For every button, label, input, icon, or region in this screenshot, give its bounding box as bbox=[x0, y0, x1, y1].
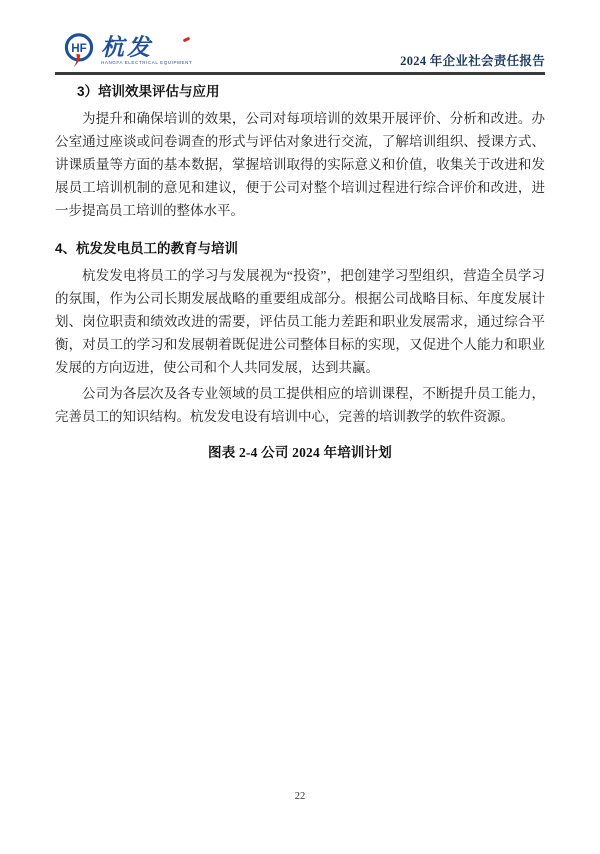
page-number: 22 bbox=[295, 791, 306, 802]
section-heading-employee-education: 4、杭发发电员工的教育与培训 bbox=[55, 239, 545, 259]
paragraph-training-evaluation: 为提升和确保培训的效果，公司对每项培训的效果开展评价、分析和改进。办公室通过座谈… bbox=[55, 107, 545, 222]
report-header-title: 2024 年企业社会责任报告 bbox=[400, 51, 545, 72]
company-logo: HF 杭发 HANGFA ELECTRICAL EQUIPMENT bbox=[61, 32, 192, 70]
logo-red-accent bbox=[183, 37, 191, 43]
page-footer: 22 bbox=[0, 791, 600, 802]
section-heading-training-evaluation: 3）培训效果评估与应用 bbox=[55, 82, 545, 102]
paragraph-training-courses: 公司为各层次及各专业领域的员工提供相应的培训课程，不断提升员工能力，完善员工的知… bbox=[55, 382, 545, 428]
paragraph-employee-development: 杭发发电将员工的学习与发展视为“投资”，把创建学习型组织，营造全员学习的氛围，作… bbox=[55, 264, 545, 379]
header-divider bbox=[55, 72, 545, 75]
logo-text-block: 杭发 HANGFA ELECTRICAL EQUIPMENT bbox=[101, 36, 192, 66]
page-header: HF 杭发 HANGFA ELECTRICAL EQUIPMENT 2024 年… bbox=[55, 30, 545, 72]
svg-text:HF: HF bbox=[71, 42, 87, 55]
logo-brand-text: 杭发 bbox=[101, 36, 192, 59]
document-body: 3）培训效果评估与应用 为提升和确保培训的效果，公司对每项培训的效果开展评价、分… bbox=[55, 82, 545, 461]
hf-emblem-icon: HF bbox=[61, 32, 97, 70]
figure-caption: 图表 2-4 公司 2024 年培训计划 bbox=[55, 441, 545, 461]
logo-tagline: HANGFA ELECTRICAL EQUIPMENT bbox=[101, 61, 192, 66]
report-page: HF 杭发 HANGFA ELECTRICAL EQUIPMENT 2024 年… bbox=[0, 0, 600, 854]
